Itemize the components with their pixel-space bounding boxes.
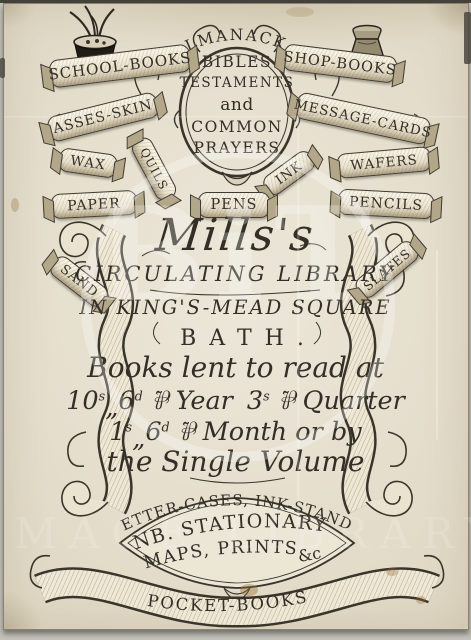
city-bath: BATH.	[0, 326, 471, 351]
cartouche-line: COMMON	[172, 116, 302, 138]
subtitle-address: IN KING'S-MEAD SQUARE	[0, 296, 471, 319]
cartouche-line: and	[172, 94, 302, 116]
title-script: Mills's	[0, 210, 471, 261]
scanned-trade-card: ALMANACKS LETTER-CASES, INK-STANDS NB. S…	[0, 0, 471, 640]
cartouche-line: TESTAMENTS	[172, 73, 302, 94]
subtitle-circulating-library: CIRCULATING LIBRARY	[0, 262, 471, 286]
rate-volume: the Single Volume	[0, 445, 471, 478]
cartouche-line: PRAYERS	[172, 138, 302, 159]
cartouche-text: BIBLES TESTAMENTS and COMMON PRAYERS	[172, 52, 302, 159]
rate-intro: Books lent to read at	[0, 351, 471, 384]
cartouche-line: BIBLES	[172, 52, 302, 73]
